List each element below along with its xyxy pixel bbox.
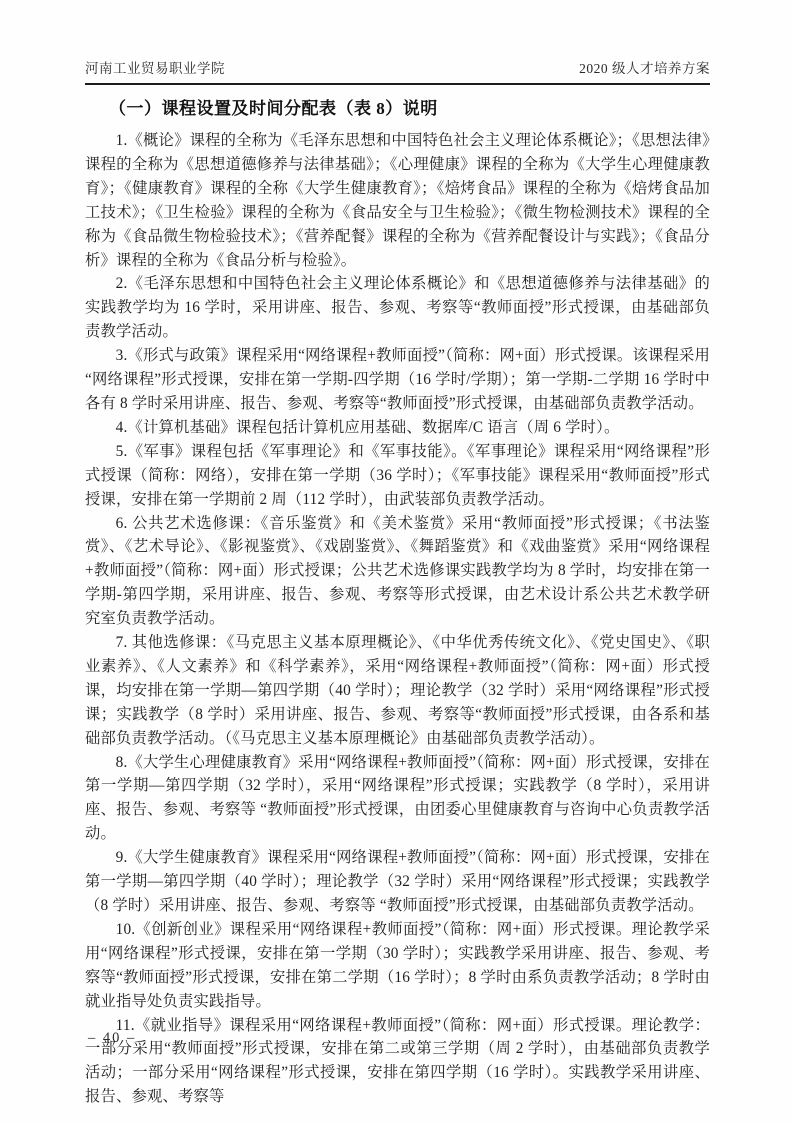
document-page: 河南工业贸易职业学院 2020 级人才培养方案 （一）课程设置及时间分配表（表 … bbox=[0, 0, 793, 1122]
paragraph-6: 6. 公共艺术选修课：《音乐鉴赏》和《美术鉴赏》采用“教师面授”形式授课；《书法… bbox=[85, 512, 710, 632]
paragraph-8: 8.《大学生心理健康教育》采用“网络课程+教师面授”（简称：网+面）形式授课，安… bbox=[85, 751, 710, 847]
paragraph-5: 5.《军事》课程包括《军事理论》和《军事技能》。《军事理论》课程采用“网络课程”… bbox=[85, 440, 710, 512]
paragraph-3: 3.《形式与政策》课程采用“网络课程+教师面授”（简称：网+面）形式授课。该课程… bbox=[85, 344, 710, 416]
paragraph-10: 10.《创新创业》课程采用“网络课程+教师面授”（简称：网+面）形式授课。理论教… bbox=[85, 918, 710, 1014]
header-school-name: 河南工业贸易职业学院 bbox=[85, 57, 225, 77]
page-number: – 40 – bbox=[88, 1030, 136, 1047]
paragraph-9: 9.《大学生健康教育》课程采用“网络课程+教师面授”（简称：网+面）形式授课，安… bbox=[85, 846, 710, 918]
paragraph-11: 11.《就业指导》课程采用“网络课程+教师面授”（简称：网+面）形式授课。理论教… bbox=[85, 1014, 710, 1110]
paragraph-4: 4.《计算机基础》课程包括计算机应用基础、数据库/C 语言（周 6 学时）。 bbox=[85, 416, 710, 440]
header-program-name: 2020 级人才培养方案 bbox=[579, 57, 710, 77]
document-body: （一）课程设置及时间分配表（表 8）说明 1.《概论》课程的全称为《毛泽东思想和… bbox=[85, 94, 710, 1109]
section-title: （一）课程设置及时间分配表（表 8）说明 bbox=[85, 94, 710, 119]
paragraph-1: 1.《概论》课程的全称为《毛泽东思想和中国特色社会主义理论体系概论》；《思想法律… bbox=[85, 129, 710, 272]
page-header: 河南工业贸易职业学院 2020 级人才培养方案 bbox=[85, 57, 710, 85]
paragraph-7: 7. 其他选修课：《马克思主义基本原理概论》、《中华优秀传统文化》、《党史国史》… bbox=[85, 631, 710, 751]
paragraph-2: 2.《毛泽东思想和中国特色社会主义理论体系概论》和《思想道德修养与法律基础》的实… bbox=[85, 272, 710, 344]
